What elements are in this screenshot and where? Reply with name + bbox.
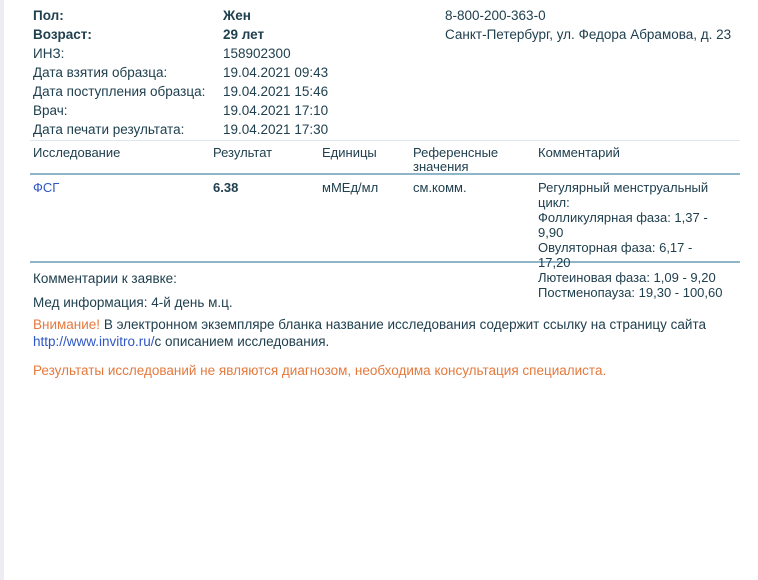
field-value: 19.04.2021 15:46: [223, 82, 328, 101]
lab-address: Санкт-Петербург, ул. Федора Абрамова, д.…: [445, 25, 731, 44]
lab-contact-info: 8-800-200-363-0 Санкт-Петербург, ул. Фед…: [445, 6, 731, 44]
result-value: 6.38: [213, 180, 322, 300]
col-header-units: Единицы: [322, 146, 413, 174]
phone-number: 8-800-200-363-0: [445, 6, 731, 25]
warning-paragraph: Внимание! В электронном экземпляре бланк…: [33, 317, 740, 350]
left-edge-strip: [0, 0, 4, 580]
comment-line: Лютеиновая фаза: 1,09 - 9,20: [538, 270, 728, 285]
divider-faint-top: [30, 140, 740, 141]
field-value: 29 лет: [223, 25, 328, 44]
med-info-text: Мед информация: 4-й день м.ц.: [33, 295, 233, 310]
result-comment: Регулярный менструальный цикл: Фолликуля…: [538, 180, 740, 300]
warning-text: В электронном экземпляре бланка название…: [104, 317, 706, 332]
field-label: Дата печати результата:: [33, 120, 223, 139]
col-header-comment: Комментарий: [538, 146, 740, 174]
field-label: Дата поступления образца:: [33, 82, 223, 101]
field-label: Врач:: [33, 101, 223, 120]
comment-line: Овуляторная фаза: 6,17 - 17,20: [538, 240, 728, 270]
field-label: ИНЗ:: [33, 44, 223, 63]
comment-line: Фолликулярная фаза: 1,37 - 9,90: [538, 210, 728, 240]
lab-report-page: Пол: Жен Возраст: 29 лет ИНЗ: 158902300 …: [0, 0, 758, 580]
field-value: 158902300: [223, 44, 328, 63]
field-value: 19.04.2021 09:43: [223, 63, 328, 82]
warning-text-tail: с описанием исследования.: [155, 334, 330, 349]
comment-line: Регулярный менструальный цикл:: [538, 180, 728, 210]
col-header-test: Исследование: [33, 146, 213, 174]
result-units: мМЕд/мл: [322, 180, 413, 300]
results-table-header: Исследование Результат Единицы Референсн…: [33, 146, 740, 174]
col-header-result: Результат: [213, 146, 322, 174]
field-label: Возраст:: [33, 25, 223, 44]
test-name-link[interactable]: ФСГ: [33, 180, 59, 195]
request-comments-title: Комментарии к заявке:: [33, 271, 177, 286]
col-header-reference: Референсные значения: [413, 146, 538, 174]
field-label: Пол:: [33, 6, 223, 25]
patient-info: Пол: Жен Возраст: 29 лет ИНЗ: 158902300 …: [33, 6, 328, 139]
invitro-url-link[interactable]: http://www.invitro.ru/: [33, 334, 155, 349]
field-value: 19.04.2021 17:30: [223, 120, 328, 139]
field-value: Жен: [223, 6, 328, 25]
field-label: Дата взятия образца:: [33, 63, 223, 82]
field-value: 19.04.2021 17:10: [223, 101, 328, 120]
comment-line: Постменопауза: 19,30 - 100,60: [538, 285, 728, 300]
disclaimer-text: Результаты исследований не являются диаг…: [33, 363, 606, 378]
reference-value: см.комм.: [413, 180, 538, 300]
warning-label: Внимание!: [33, 317, 100, 332]
